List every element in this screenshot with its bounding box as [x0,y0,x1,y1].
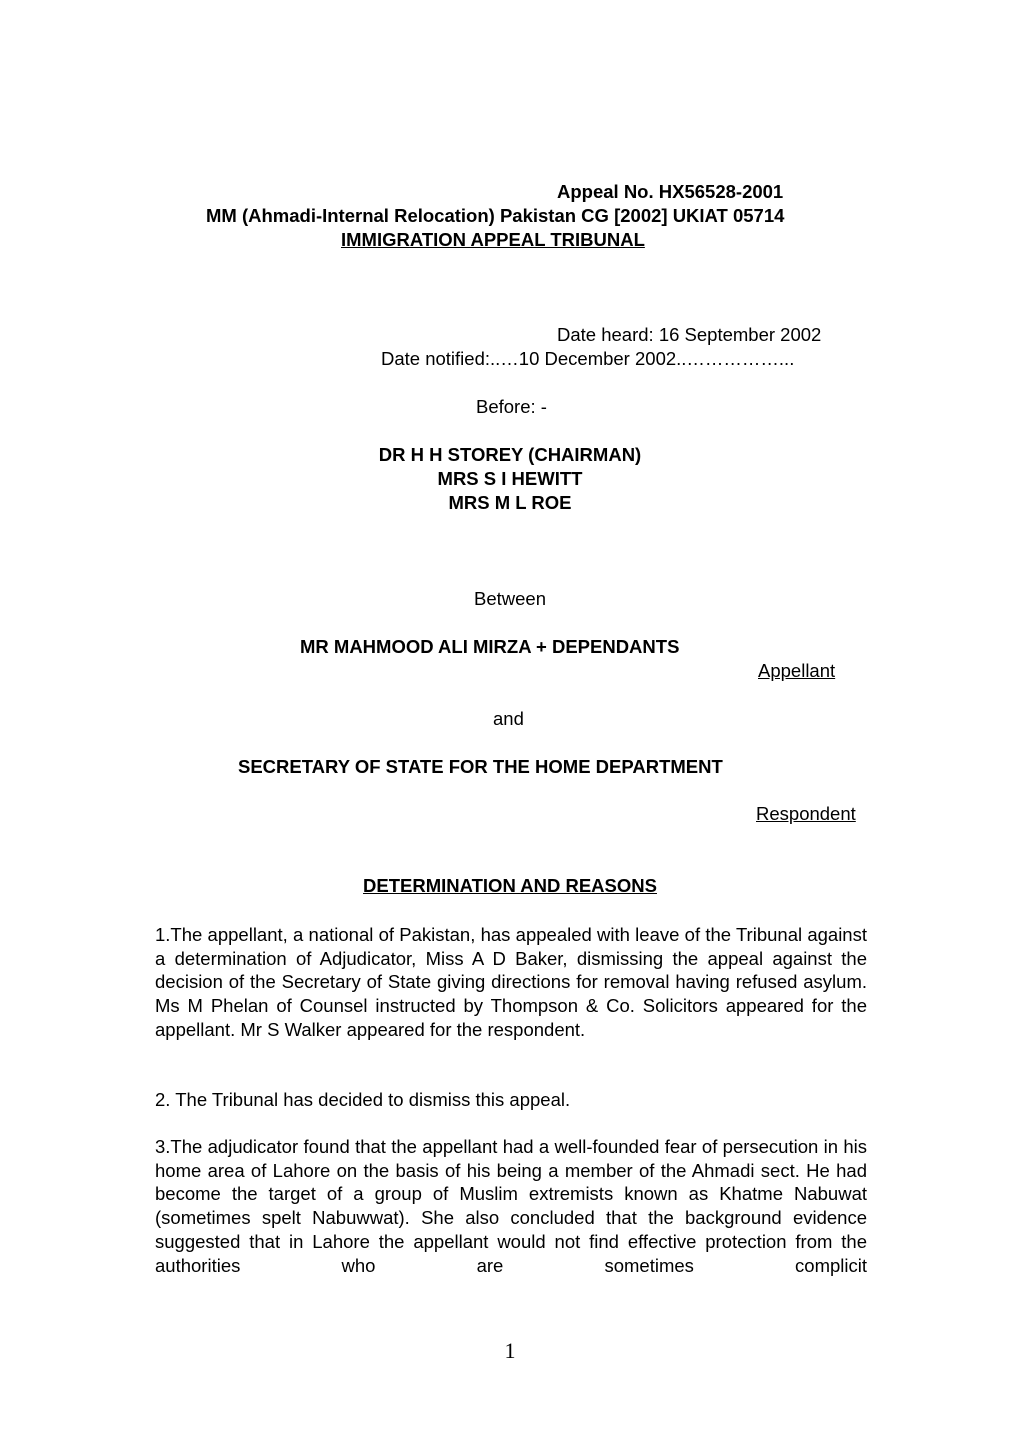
respondent-label: Respondent [756,803,856,825]
respondent-name: SECRETARY OF STATE FOR THE HOME DEPARTME… [238,756,723,778]
panel-member-chairman: DR H H STOREY (CHAIRMAN) [0,444,1020,466]
panel-member: MRS S I HEWITT [0,468,1020,490]
case-citation: MM (Ahmadi-Internal Relocation) Pakistan… [206,205,784,227]
section-title: DETERMINATION AND REASONS [0,875,1020,897]
tribunal-name: IMMIGRATION APPEAL TRIBUNAL [341,229,645,251]
panel-member: MRS M L ROE [0,492,1020,514]
page-number: 1 [0,1338,1020,1364]
appellant-label: Appellant [758,660,835,682]
between-label: Between [0,588,1020,610]
appellant-name: MR MAHMOOD ALI MIRZA + DEPENDANTS [300,636,679,658]
date-heard: Date heard: 16 September 2002 [557,324,821,346]
paragraph-2: 2. The Tribunal has decided to dismiss t… [155,1088,867,1112]
appeal-number: Appeal No. HX56528-2001 [557,181,783,203]
and-label: and [493,708,524,730]
before-label: Before: - [476,396,547,418]
date-notified: Date notified:..…10 December 2002..……………… [381,348,794,370]
paragraph-3: 3.The adjudicator found that the appella… [155,1135,867,1277]
paragraph-1: 1.The appellant, a national of Pakistan,… [155,923,867,1042]
